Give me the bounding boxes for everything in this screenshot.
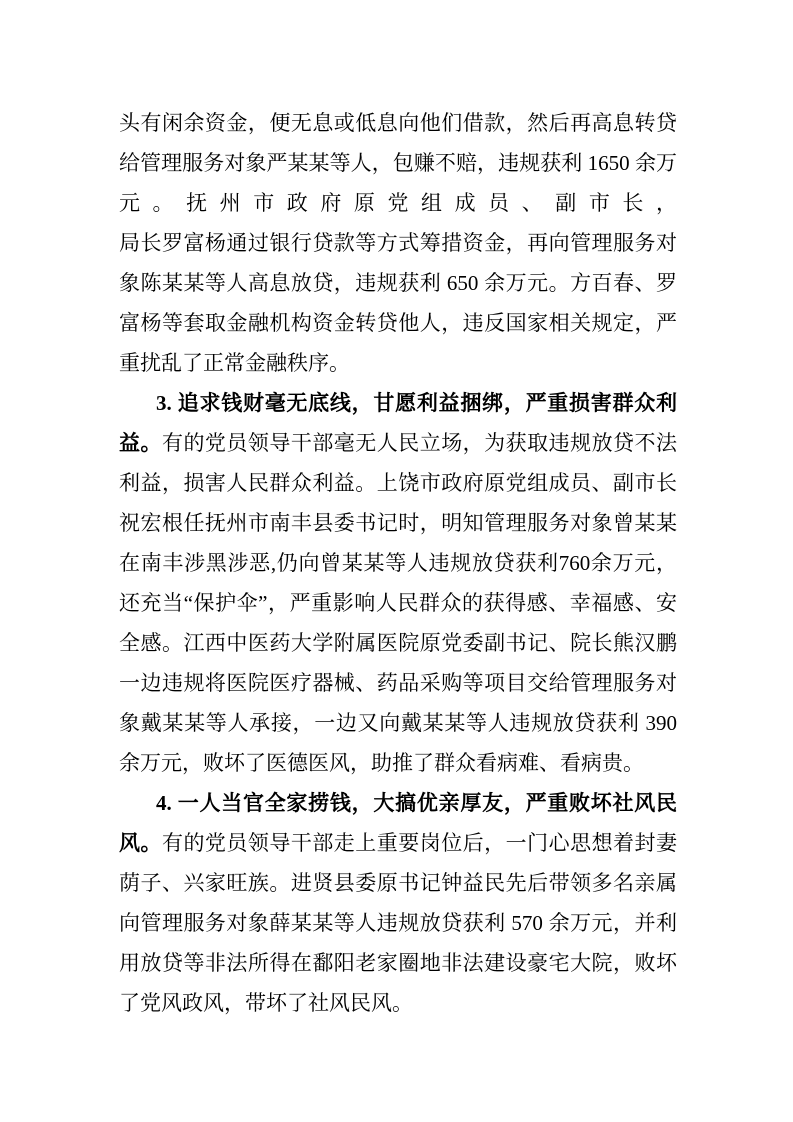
text-segment: 局长罗富杨通过银行贷款等方式筹措资金，再向管理服务对 bbox=[119, 231, 677, 255]
text-segment: 用放贷等非法所得在鄱阳老家圈地非法建设豪宅大院，败坏 bbox=[119, 951, 677, 975]
body-text-line: 风。有的党员领导干部走上重要岗位后，一门心思想着封妻 bbox=[119, 823, 677, 863]
text-segment: 富杨等套取金融机构资金转贷他人，违反国家相关规定，严 bbox=[119, 311, 677, 335]
body-text-line: 在南丰涉黑涉恶,仍向曾某某等人违规放贷获利760余万元， bbox=[119, 543, 677, 583]
text-segment: 给管理服务对象严某某等人，包赚不赔，违规获利 1650 余万 bbox=[119, 151, 677, 175]
bold-text-segment: 益。 bbox=[119, 431, 162, 455]
text-segment: 象陈某某等人高息放贷，违规获利 650 余万元。方百春、罗 bbox=[119, 271, 677, 295]
text-segment: 了党风政风，带坏了社风民风。 bbox=[119, 991, 413, 1015]
body-text-line: 一边违规将医院医疗器械、药品采购等项目交给管理服务对 bbox=[119, 663, 677, 703]
body-text-line: 利益，损害人民群众利益。上饶市政府原党组成员、副市长 bbox=[119, 463, 677, 503]
text-segment: 祝宏根任抚州市南丰县委书记时，明知管理服务对象曾某某 bbox=[119, 511, 677, 535]
body-text-line: 局长罗富杨通过银行贷款等方式筹措资金，再向管理服务对 bbox=[119, 223, 677, 263]
bold-text-segment: 3. 追求钱财毫无底线，甘愿利益捆绑，严重损害群众利 bbox=[156, 391, 677, 415]
body-text-line: 向管理服务对象薛某某等人违规放贷获利 570 余万元，并利 bbox=[119, 903, 677, 943]
body-text-line: 头有闲余资金，便无息或低息向他们借款，然后再高息转贷 bbox=[119, 103, 677, 143]
document-body: 头有闲余资金，便无息或低息向他们借款，然后再高息转贷给管理服务对象严某某等人，包… bbox=[119, 103, 677, 1023]
text-segment: 向管理服务对象薛某某等人违规放贷获利 570 余万元，并利 bbox=[119, 911, 677, 935]
body-text-line: 用放贷等非法所得在鄱阳老家圈地非法建设豪宅大院，败坏 bbox=[119, 943, 677, 983]
text-segment: 头有闲余资金，便无息或低息向他们借款，然后再高息转贷 bbox=[119, 111, 677, 135]
body-text-line: 给管理服务对象严某某等人，包赚不赔，违规获利 1650 余万 bbox=[119, 143, 677, 183]
section-heading-line: 4. 一人当官全家捞钱，大搞优亲厚友，严重败坏社风民 bbox=[119, 783, 677, 823]
text-segment: 利益，损害人民群众利益。上饶市政府原党组成员、副市长 bbox=[119, 471, 677, 495]
text-segment: 一边违规将医院医疗器械、药品采购等项目交给管理服务对 bbox=[119, 671, 677, 695]
text-segment: 全感。江西中医药大学附属医院原党委副书记、院长熊汉鹏 bbox=[119, 631, 677, 655]
text-segment: 荫子、兴家旺族。进贤县委原书记钟益民先后带领多名亲属 bbox=[119, 871, 677, 895]
text-segment: 在南丰涉黑涉恶,仍向曾某某等人违规放贷获利760余万元， bbox=[119, 551, 677, 575]
body-text-line: 全感。江西中医药大学附属医院原党委副书记、院长熊汉鹏 bbox=[119, 623, 677, 663]
text-segment: 象戴某某等人承接，一边又向戴某某等人违规放贷获利 390 bbox=[119, 711, 677, 735]
body-text-line: 余万元，败坏了医德医风，助推了群众看病难、看病贵。 bbox=[119, 743, 677, 783]
body-text-line: 益。有的党员领导干部毫无人民立场，为获取违规放贷不法 bbox=[119, 423, 677, 463]
body-text-line: 了党风政风，带坏了社风民风。 bbox=[119, 983, 677, 1023]
body-text-line: 祝宏根任抚州市南丰县委书记时，明知管理服务对象曾某某 bbox=[119, 503, 677, 543]
text-segment: 有的党员领导干部毫无人民立场，为获取违规放贷不法 bbox=[162, 431, 677, 455]
text-segment: 重扰乱了正常金融秩序。 bbox=[119, 351, 350, 375]
text-segment: 元。抚州市政府原党组成员、副市长，市公安局原党委书记、 bbox=[119, 191, 677, 223]
bold-text-segment: 风。 bbox=[119, 831, 162, 855]
body-text-line: 荫子、兴家旺族。进贤县委原书记钟益民先后带领多名亲属 bbox=[119, 863, 677, 903]
bold-text-segment: 4. 一人当官全家捞钱，大搞优亲厚友，严重败坏社风民 bbox=[156, 791, 677, 815]
text-segment: 余万元，败坏了医德医风，助推了群众看病难、看病贵。 bbox=[119, 751, 644, 775]
body-text-line: 象陈某某等人高息放贷，违规获利 650 余万元。方百春、罗 bbox=[119, 263, 677, 303]
body-text-line: 象戴某某等人承接，一边又向戴某某等人违规放贷获利 390 bbox=[119, 703, 677, 743]
body-text-line: 重扰乱了正常金融秩序。 bbox=[119, 343, 677, 383]
body-text-line: 元。抚州市政府原党组成员、副市长，市公安局原党委书记、 bbox=[119, 183, 677, 223]
section-heading-line: 3. 追求钱财毫无底线，甘愿利益捆绑，严重损害群众利 bbox=[119, 383, 677, 423]
text-segment: 还充当“保护伞”，严重影响人民群众的获得感、幸福感、安 bbox=[119, 591, 677, 615]
body-text-line: 还充当“保护伞”，严重影响人民群众的获得感、幸福感、安 bbox=[119, 583, 677, 623]
text-segment: 有的党员领导干部走上重要岗位后，一门心思想着封妻 bbox=[162, 831, 677, 855]
document-page: 头有闲余资金，便无息或低息向他们借款，然后再高息转贷给管理服务对象严某某等人，包… bbox=[0, 0, 793, 1122]
body-text-line: 富杨等套取金融机构资金转贷他人，违反国家相关规定，严 bbox=[119, 303, 677, 343]
